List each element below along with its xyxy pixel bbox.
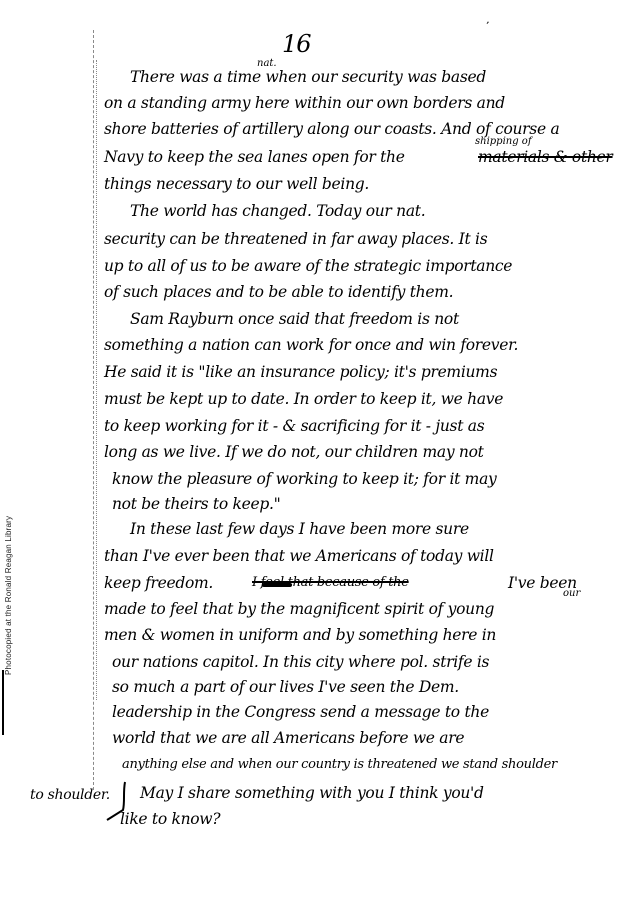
text-line: Sam Rayburn once said that freedom is no…: [130, 312, 459, 328]
stray-pen-mark: ,: [485, 15, 492, 26]
text-line: world that we are all Americans before w…: [112, 731, 464, 747]
text-line: security can be threatened in far away p…: [104, 232, 487, 248]
text-line-margin: to shoulder.: [30, 788, 110, 802]
text-line: things necessary to our well being.: [104, 177, 369, 193]
text-line: anything else and when our country is th…: [122, 758, 557, 771]
text-line: keep freedom.: [104, 576, 213, 592]
text-line: In these last few days I have been more …: [130, 522, 469, 538]
text-line: He said it is "like an insurance policy;…: [104, 365, 497, 381]
text-line: on a standing army here within our own b…: [104, 96, 505, 112]
text-line: of such places and to be able to identif…: [104, 285, 453, 301]
margin-rule: [93, 30, 94, 790]
text-line: so much a part of our lives I've seen th…: [112, 680, 459, 696]
scan-artifact-bar: [2, 670, 4, 735]
text-line: leadership in the Congress send a messag…: [112, 705, 489, 721]
text-line: to keep working for it - & sacrificing f…: [104, 419, 484, 435]
insertion-our: our: [563, 588, 580, 599]
text-line: There was a time when our security was b…: [130, 70, 486, 86]
margin-rule: [96, 60, 97, 700]
struck-text: materials & other: [478, 150, 613, 166]
text-line: our nations capitol. In this city where …: [112, 655, 489, 671]
text-line: made to feel that by the magnificent spi…: [104, 602, 494, 618]
text-line: than I've ever been that we Americans of…: [104, 549, 494, 565]
text-line: something a nation can work for once and…: [104, 338, 518, 354]
scribble-mark: [262, 583, 292, 587]
text-line: Navy to keep the sea lanes open for the: [104, 150, 405, 166]
text-line: know the pleasure of working to keep it;…: [112, 472, 496, 488]
text-line: The world has changed. Today our nat.: [130, 204, 425, 220]
archive-stamp: Photocopied at the Ronald Reagan Library: [4, 505, 16, 675]
text-line: long as we live. If we do not, our child…: [104, 445, 484, 461]
text-line: up to all of us to be aware of the strat…: [104, 259, 512, 275]
insertion-shipping-of: shipping of: [475, 136, 532, 147]
text-line: May I share something with you I think y…: [140, 786, 484, 802]
page-number: 16: [282, 30, 311, 58]
text-line: must be kept up to date. In order to kee…: [104, 392, 503, 408]
text-line: like to know?: [120, 812, 220, 828]
text-line: not be theirs to keep.": [112, 497, 280, 513]
scanned-manuscript-page: Photocopied at the Ronald Reagan Library…: [0, 0, 635, 900]
text-line: men & women in uniform and by something …: [104, 628, 496, 644]
